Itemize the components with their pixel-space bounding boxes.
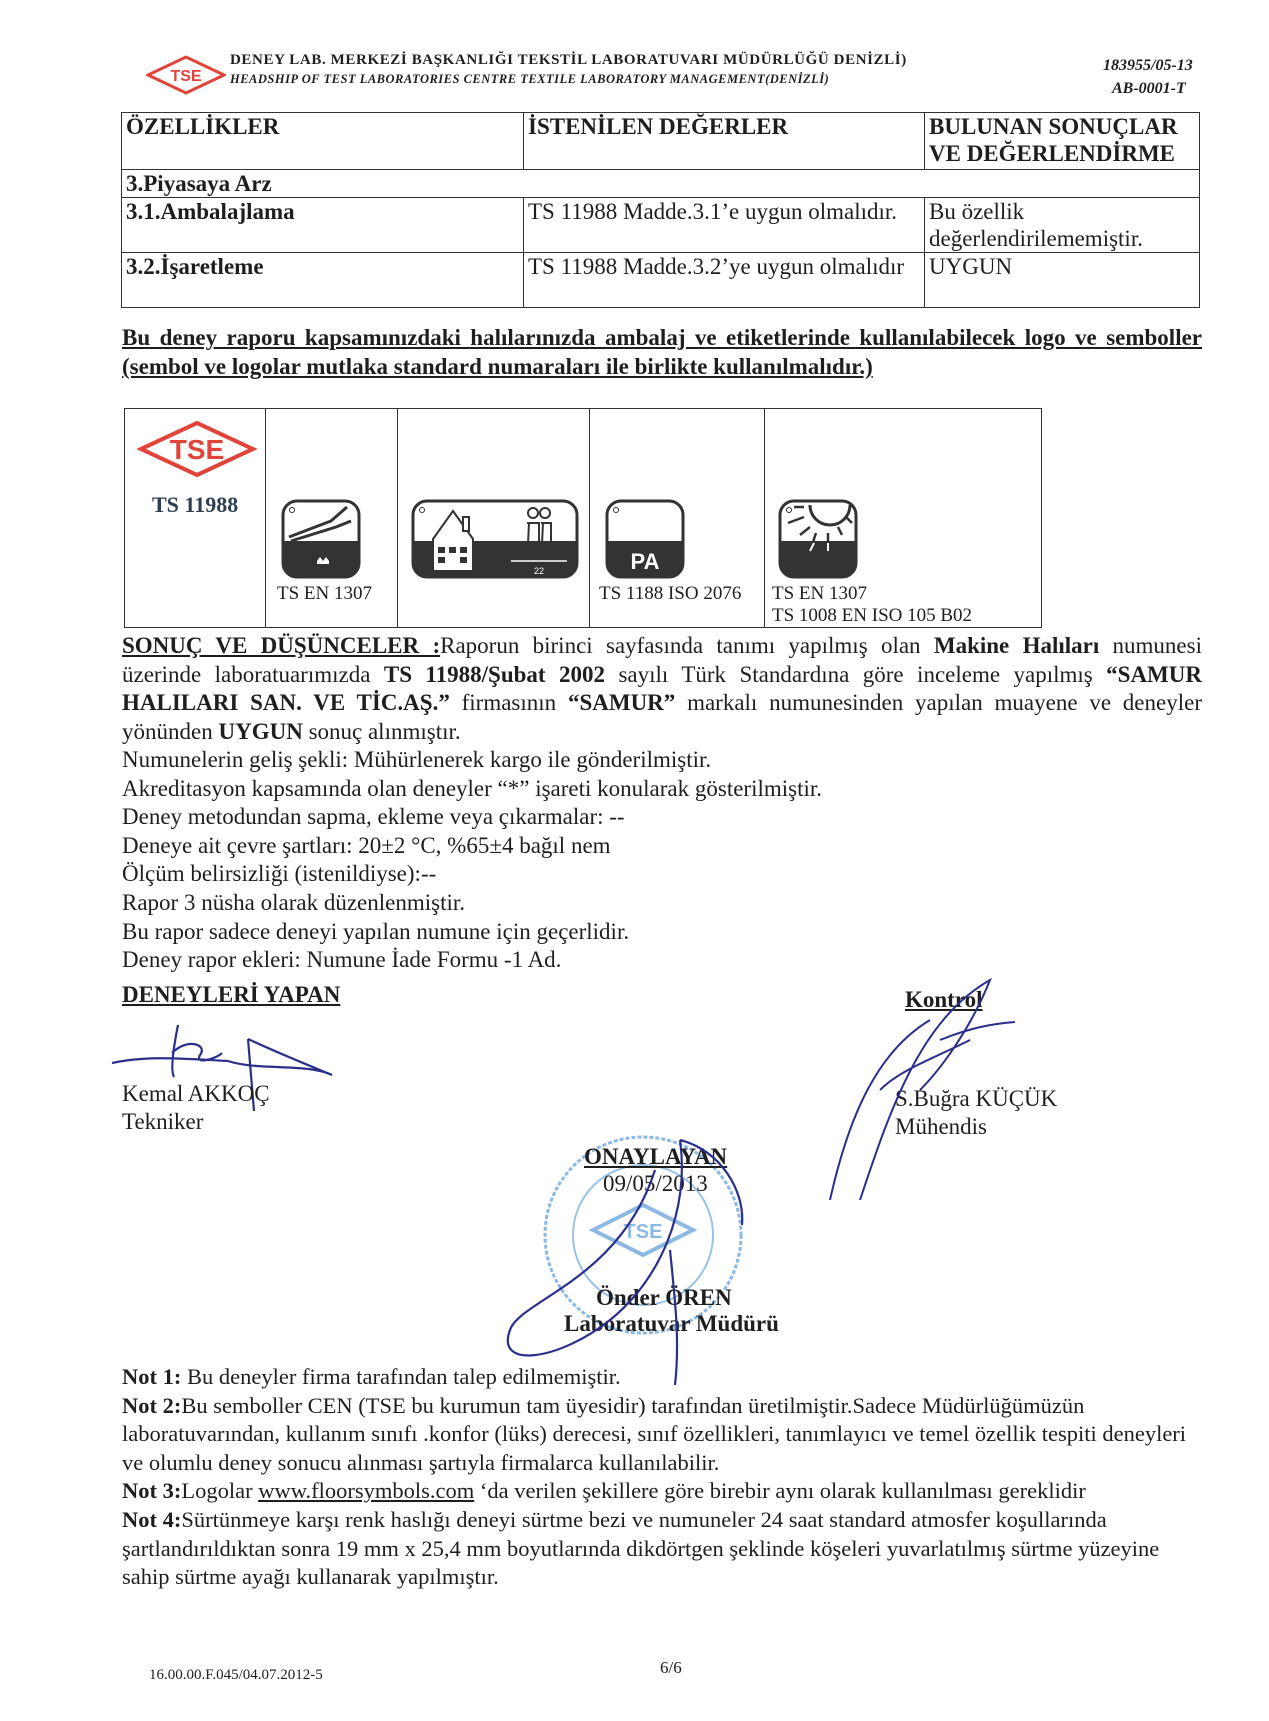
results-text: firmasının bbox=[450, 690, 568, 715]
results-heading: SONUÇ VE DÜŞÜNCELER : bbox=[122, 633, 440, 658]
form-code: 16.00.00.F.045/04.07.2012-5 bbox=[149, 1667, 323, 1684]
column-header-required: İSTENİLEN DEĞERLER bbox=[524, 113, 925, 170]
detail-line: Numunelerin geliş şekli: Mühürlenerek ka… bbox=[122, 746, 822, 775]
property-cell: 3.1.Ambalajlama bbox=[122, 198, 524, 253]
detail-line: Deney rapor ekleri: Numune İade Formu -1… bbox=[122, 946, 822, 975]
header-title-tr: DENEY LAB. MERKEZİ BAŞKANLIĞI TEKSTİL LA… bbox=[230, 52, 907, 69]
detail-line: Akreditasyon kapsamında olan deneyler “*… bbox=[122, 775, 822, 804]
svg-text:PA: PA bbox=[631, 549, 660, 574]
tse-standard-code: TS 11988 bbox=[152, 492, 238, 518]
brand-name: “SAMUR” bbox=[568, 690, 675, 715]
symbol-caption: TS EN 1307 bbox=[277, 583, 372, 605]
signature-kucuk-icon bbox=[820, 960, 1020, 1200]
performed-by-name: Kemal AKKOÇ bbox=[122, 1080, 270, 1108]
svg-text:TSE: TSE bbox=[170, 68, 201, 85]
tse-logo-icon: TSE bbox=[146, 55, 226, 95]
floorsymbols-link[interactable]: www.floorsymbols.com bbox=[258, 1478, 474, 1503]
note-label: Not 3: bbox=[122, 1478, 181, 1503]
symbol-cell-comfort: TS EN 1307 bbox=[265, 409, 398, 627]
required-cell: TS 11988 Madde.3.2’ye uygun olmalıdır bbox=[524, 253, 925, 308]
symbols-table: TSE TS 11988 TS EN 1307 bbox=[124, 408, 1042, 628]
symbol-caption: TS EN 1307 bbox=[772, 583, 867, 605]
page-number: 6/6 bbox=[660, 1658, 682, 1678]
symbol-caption: TS 1188 ISO 2076 bbox=[599, 583, 741, 605]
results-text: Raporun birinci sayfasında tanımı yapılm… bbox=[440, 633, 934, 658]
header-title-en: HEADSHIP OF TEST LABORATORIES CENTRE TEX… bbox=[230, 72, 829, 87]
detail-line: Rapor 3 nüsha olarak düzenlenmiştir. bbox=[122, 889, 822, 918]
fibre-pa-icon: PA bbox=[605, 499, 685, 579]
column-header-results: BULUNAN SONUÇLAR VE DEĞERLENDİRME bbox=[925, 113, 1200, 170]
results-text: sayılı Türk Standardına göre inceleme ya… bbox=[605, 662, 1106, 687]
symbol-cell-light-fastness: TS EN 1307 TS 1008 EN ISO 105 B02 bbox=[764, 409, 1041, 627]
note-text: Bu semboller CEN (TSE bu kurumun tam üye… bbox=[122, 1393, 1186, 1475]
required-cell: TS 11988 Madde.3.1’e uygun olmalıdır. bbox=[524, 198, 925, 253]
result-cell: Bu özellik değerlendirilememiştir. bbox=[925, 198, 1200, 253]
property-cell: 3.2.İşaretleme bbox=[122, 253, 524, 308]
notes-section: Not 1: Bu deneyler firma tarafından tale… bbox=[122, 1363, 1212, 1592]
results-text: sonuç alınmıştır. bbox=[303, 719, 461, 744]
table-section-row: 3.Piyasaya Arz bbox=[122, 170, 1200, 198]
note-text: ‘da verilen şekillere göre birebir aynı … bbox=[474, 1478, 1086, 1503]
comfort-hand-icon bbox=[281, 499, 361, 579]
performed-by-title: Tekniker bbox=[122, 1108, 203, 1136]
note-label: Not 2: bbox=[122, 1393, 181, 1418]
column-header-properties: ÖZELLİKLER bbox=[122, 113, 524, 170]
note-label: Not 1: bbox=[122, 1364, 181, 1389]
symbol-cell-use-class: 22 bbox=[397, 409, 590, 627]
signature-oren-icon bbox=[480, 1130, 810, 1390]
verdict: UYGUN bbox=[218, 719, 302, 744]
standard-ref: TS 11988/Şubat 2002 bbox=[384, 662, 605, 687]
table-row: 3.1.Ambalajlama TS 11988 Madde.3.1’e uyg… bbox=[122, 198, 1200, 253]
section-title: 3.Piyasaya Arz bbox=[122, 170, 1200, 198]
note-3: Not 3:Logolar www.floorsymbols.com ‘da v… bbox=[122, 1477, 1212, 1506]
light-fastness-sun-icon bbox=[778, 499, 858, 579]
results-details: Numunelerin geliş şekli: Mühürlenerek ka… bbox=[122, 746, 822, 975]
symbol-cell-fibre: PA TS 1188 ISO 2076 bbox=[589, 409, 765, 627]
note-2: Not 2:Bu semboller CEN (TSE bu kurumun t… bbox=[122, 1392, 1212, 1478]
accreditation-number: AB-0001-T bbox=[1112, 80, 1186, 98]
detail-line: Ölçüm belirsizliği (istenildiyse):-- bbox=[122, 860, 822, 889]
symbol-cell-tse: TSE TS 11988 bbox=[125, 409, 266, 627]
detail-line: Deney metodundan sapma, ekleme veya çıka… bbox=[122, 803, 822, 832]
tse-logo-icon: TSE bbox=[137, 419, 257, 479]
note-1: Not 1: Bu deneyler firma tarafından tale… bbox=[122, 1363, 1212, 1392]
svg-text:TSE: TSE bbox=[170, 434, 224, 465]
properties-table: ÖZELLİKLER İSTENİLEN DEĞERLER BULUNAN SO… bbox=[121, 112, 1200, 308]
note-text: Sürtünmeye karşı renk haslığı deneyi sür… bbox=[122, 1507, 1159, 1589]
note-label: Not 4: bbox=[122, 1507, 181, 1532]
result-cell: UYGUN bbox=[925, 253, 1200, 308]
svg-text:22: 22 bbox=[534, 566, 544, 576]
table-header-row: ÖZELLİKLER İSTENİLEN DEĞERLER BULUNAN SO… bbox=[122, 113, 1200, 170]
results-paragraph: SONUÇ VE DÜŞÜNCELER :Raporun birinci say… bbox=[122, 632, 1202, 746]
domestic-use-class-icon: 22 bbox=[411, 499, 579, 579]
performed-by-heading: DENEYLERİ YAPAN bbox=[122, 982, 340, 1008]
note-4: Not 4:Sürtünmeye karşı renk haslığı dene… bbox=[122, 1506, 1212, 1592]
report-number: 183955/05-13 bbox=[1103, 57, 1193, 75]
detail-line: Bu rapor sadece deneyi yapılan numune iç… bbox=[122, 918, 822, 947]
table-row: 3.2.İşaretleme TS 11988 Madde.3.2’ye uyg… bbox=[122, 253, 1200, 308]
product-name: Makine Halıları bbox=[934, 633, 1099, 658]
detail-line: Deneye ait çevre şartları: 20±2 °C, %65±… bbox=[122, 832, 822, 861]
note-text: Logolar bbox=[181, 1478, 258, 1503]
note-text: Bu deneyler firma tarafından talep edilm… bbox=[181, 1364, 620, 1389]
logo-usage-note: Bu deney raporu kapsamınızdaki halıların… bbox=[122, 323, 1202, 381]
symbol-caption-secondary: TS 1008 EN ISO 105 B02 bbox=[772, 605, 972, 627]
